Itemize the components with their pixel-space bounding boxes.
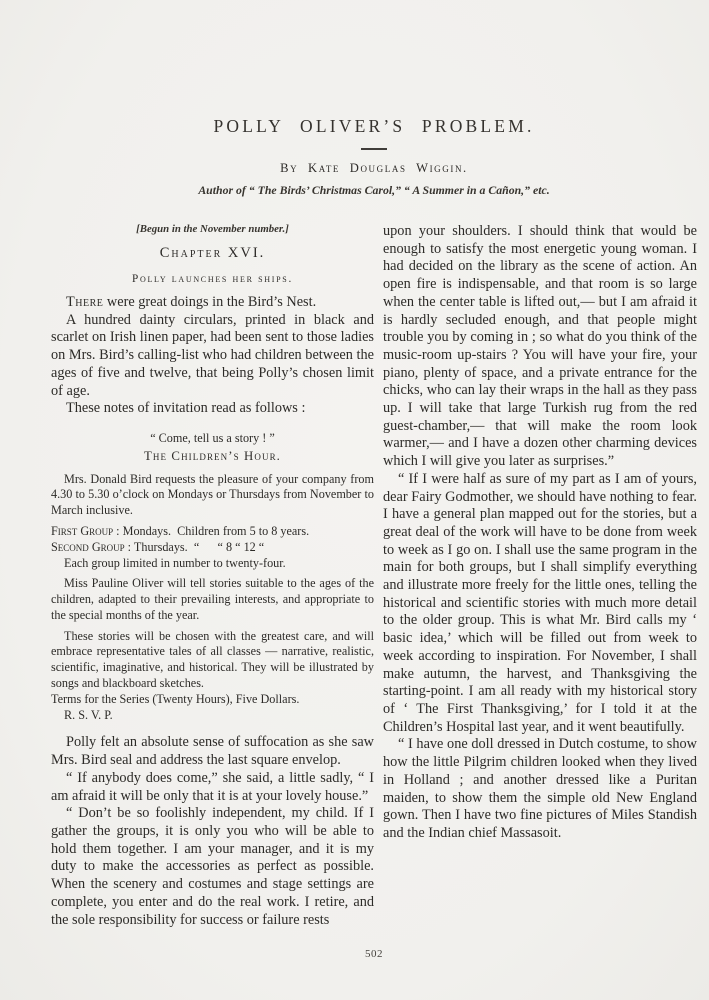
lead-word: There (66, 294, 103, 310)
paragraph: “ I have one doll dressed in Dutch costu… (383, 736, 697, 842)
paragraph: These notes of invitation read as follow… (51, 400, 374, 418)
paragraph: Polly felt an absolute sense of suffocat… (51, 734, 374, 769)
page-header: POLLY OLIVER’S PROBLEM. By Kate Douglas … (51, 116, 697, 198)
group-line: First Group : Mondays. Children from 5 t… (51, 524, 374, 540)
byline: By Kate Douglas Wiggin. (51, 161, 697, 176)
lead-rest: were great doings in the Bird’s Nest. (107, 294, 316, 310)
author-note: Author of “ The Birds’ Christmas Carol,”… (51, 183, 697, 198)
group-detail: Thursdays. “ “ 8 “ 12 “ (134, 540, 264, 554)
right-column: upon your shoulders. I should think that… (383, 223, 697, 929)
selection-note: These stories will be chosen with the gr… (51, 629, 374, 692)
stories-note: Miss Pauline Oliver will tell stories su… (51, 576, 374, 623)
page-number: 502 (51, 948, 697, 960)
limit-note: Each group limited in number to twenty-f… (51, 556, 374, 572)
paragraph: upon your shoulders. I should think that… (383, 223, 697, 471)
invitation-card: “ Come, tell us a story ! ” The Children… (51, 431, 374, 724)
group-label: First Group : (51, 524, 120, 538)
serial-note: [Begun in the November number.] (51, 223, 374, 235)
two-column-text-block: [Begun in the November number.] Chapter … (51, 223, 697, 929)
paragraph: “ If I were half as sure of my part as I… (383, 471, 697, 737)
paragraph: “ If anybody does come,” she said, a lit… (51, 770, 374, 805)
paragraph: A hundred dainty circulars, printed in b… (51, 312, 374, 401)
left-column: [Begun in the November number.] Chapter … (51, 223, 374, 929)
rsvp-line: R. S. V. P. (51, 708, 374, 724)
paragraph: “ Don’t be so foolishly independent, my … (51, 805, 374, 929)
title-divider (361, 148, 387, 150)
group-detail: Mondays. Children from 5 to 8 years. (123, 524, 310, 538)
invitation-heading: “ Come, tell us a story ! ” (51, 431, 374, 447)
group-line: Second Group : Thursdays. “ “ 8 “ 12 “ (51, 540, 374, 556)
group-label: Second Group : (51, 540, 131, 554)
scanned-book-page: POLLY OLIVER’S PROBLEM. By Kate Douglas … (0, 0, 709, 1000)
page-title: POLLY OLIVER’S PROBLEM. (51, 116, 697, 137)
invitation-subheading: The Children’s Hour. (51, 449, 374, 465)
chapter-heading: Chapter XVI. (51, 245, 374, 262)
paragraph: There were great doings in the Bird’s Ne… (51, 294, 374, 312)
invitation-intro: Mrs. Donald Bird requests the pleasure o… (51, 472, 374, 519)
terms-line: Terms for the Series (Twenty Hours), Fiv… (51, 692, 374, 708)
chapter-subtitle: Polly launches her ships. (51, 273, 374, 285)
